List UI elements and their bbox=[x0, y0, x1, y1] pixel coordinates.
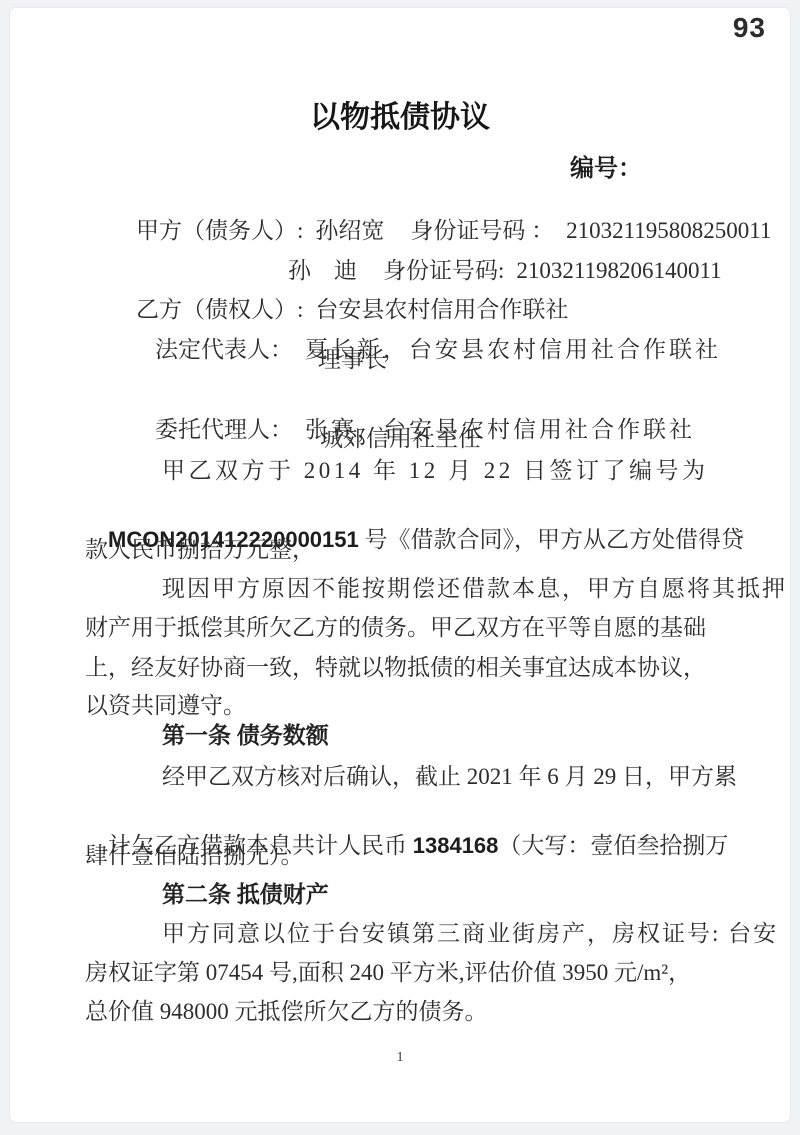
stamp-page-number: 93 bbox=[733, 12, 766, 44]
legal-rep-title: 理事长 bbox=[318, 345, 387, 375]
agent-label: 委托代理人： bbox=[155, 417, 293, 442]
agent-title: 城郊信用社主任 bbox=[320, 424, 481, 454]
article-1-heading: 第一条 债务数额 bbox=[162, 721, 329, 751]
article-2-line1: 甲方同意以位于台安镇第三商业街房产，房权证号: 台安 bbox=[162, 919, 778, 949]
article-2-heading: 第二条 抵债财产 bbox=[162, 880, 329, 910]
preamble-p2-line3: 上，经友好协商一致，特就以物抵债的相关事宜达成本协议， bbox=[85, 653, 706, 683]
article-2-line3: 总价值 948000 元抵偿所欠乙方的债务。 bbox=[85, 997, 488, 1027]
article-2-line2: 房权证字第 07454 号,面积 240 平方米,评估价值 3950 元/m²， bbox=[85, 958, 691, 988]
preamble-p2-line1: 现因甲方原因不能按期偿还借款本息，甲方自愿将其抵押 bbox=[162, 574, 787, 604]
debt-amount: 1384168 bbox=[413, 833, 499, 858]
document-title: 以物抵债协议 bbox=[10, 92, 790, 136]
ref-number-label: 编号： bbox=[570, 148, 642, 183]
legal-rep-line: 法定代表人：夏长新，台安县农村信用社合作联社 bbox=[132, 305, 721, 395]
article-1-line3: 肆仟壹佰陆拾捌元）。 bbox=[85, 841, 304, 871]
footer-page-number: 1 bbox=[10, 1050, 790, 1066]
legal-rep-label: 法定代表人： bbox=[155, 337, 293, 362]
preamble-p1-line1: 甲乙双方于 2014 年 12 月 22 日签订了编号为 bbox=[162, 456, 709, 486]
screenshot-root: { "stamp_number": "93", "header": { "tit… bbox=[0, 0, 800, 1135]
article-1-line2-post: （大写：壹佰叁拾捌万 bbox=[498, 833, 728, 858]
preamble-p2-line2: 财产用于抵偿其所欠乙方的债务。甲乙双方在平等自愿的基础 bbox=[85, 613, 706, 643]
article-1-line1: 经甲乙双方核对后确认，截止 2021 年 6 月 29 日，甲方累 bbox=[162, 762, 737, 792]
document-page: 93 以物抵债协议 编号： 甲方（债务人）:孙绍宽身份证号码 ：21032119… bbox=[10, 8, 790, 1122]
preamble-p1-line2-rest: 号《借款合同》，甲方从乙方处借得贷 bbox=[359, 527, 744, 552]
preamble-p2-line4: 以资共同遵守。 bbox=[85, 691, 246, 721]
preamble-p1-line3: 款人民币捌拾万元整， bbox=[85, 535, 315, 565]
